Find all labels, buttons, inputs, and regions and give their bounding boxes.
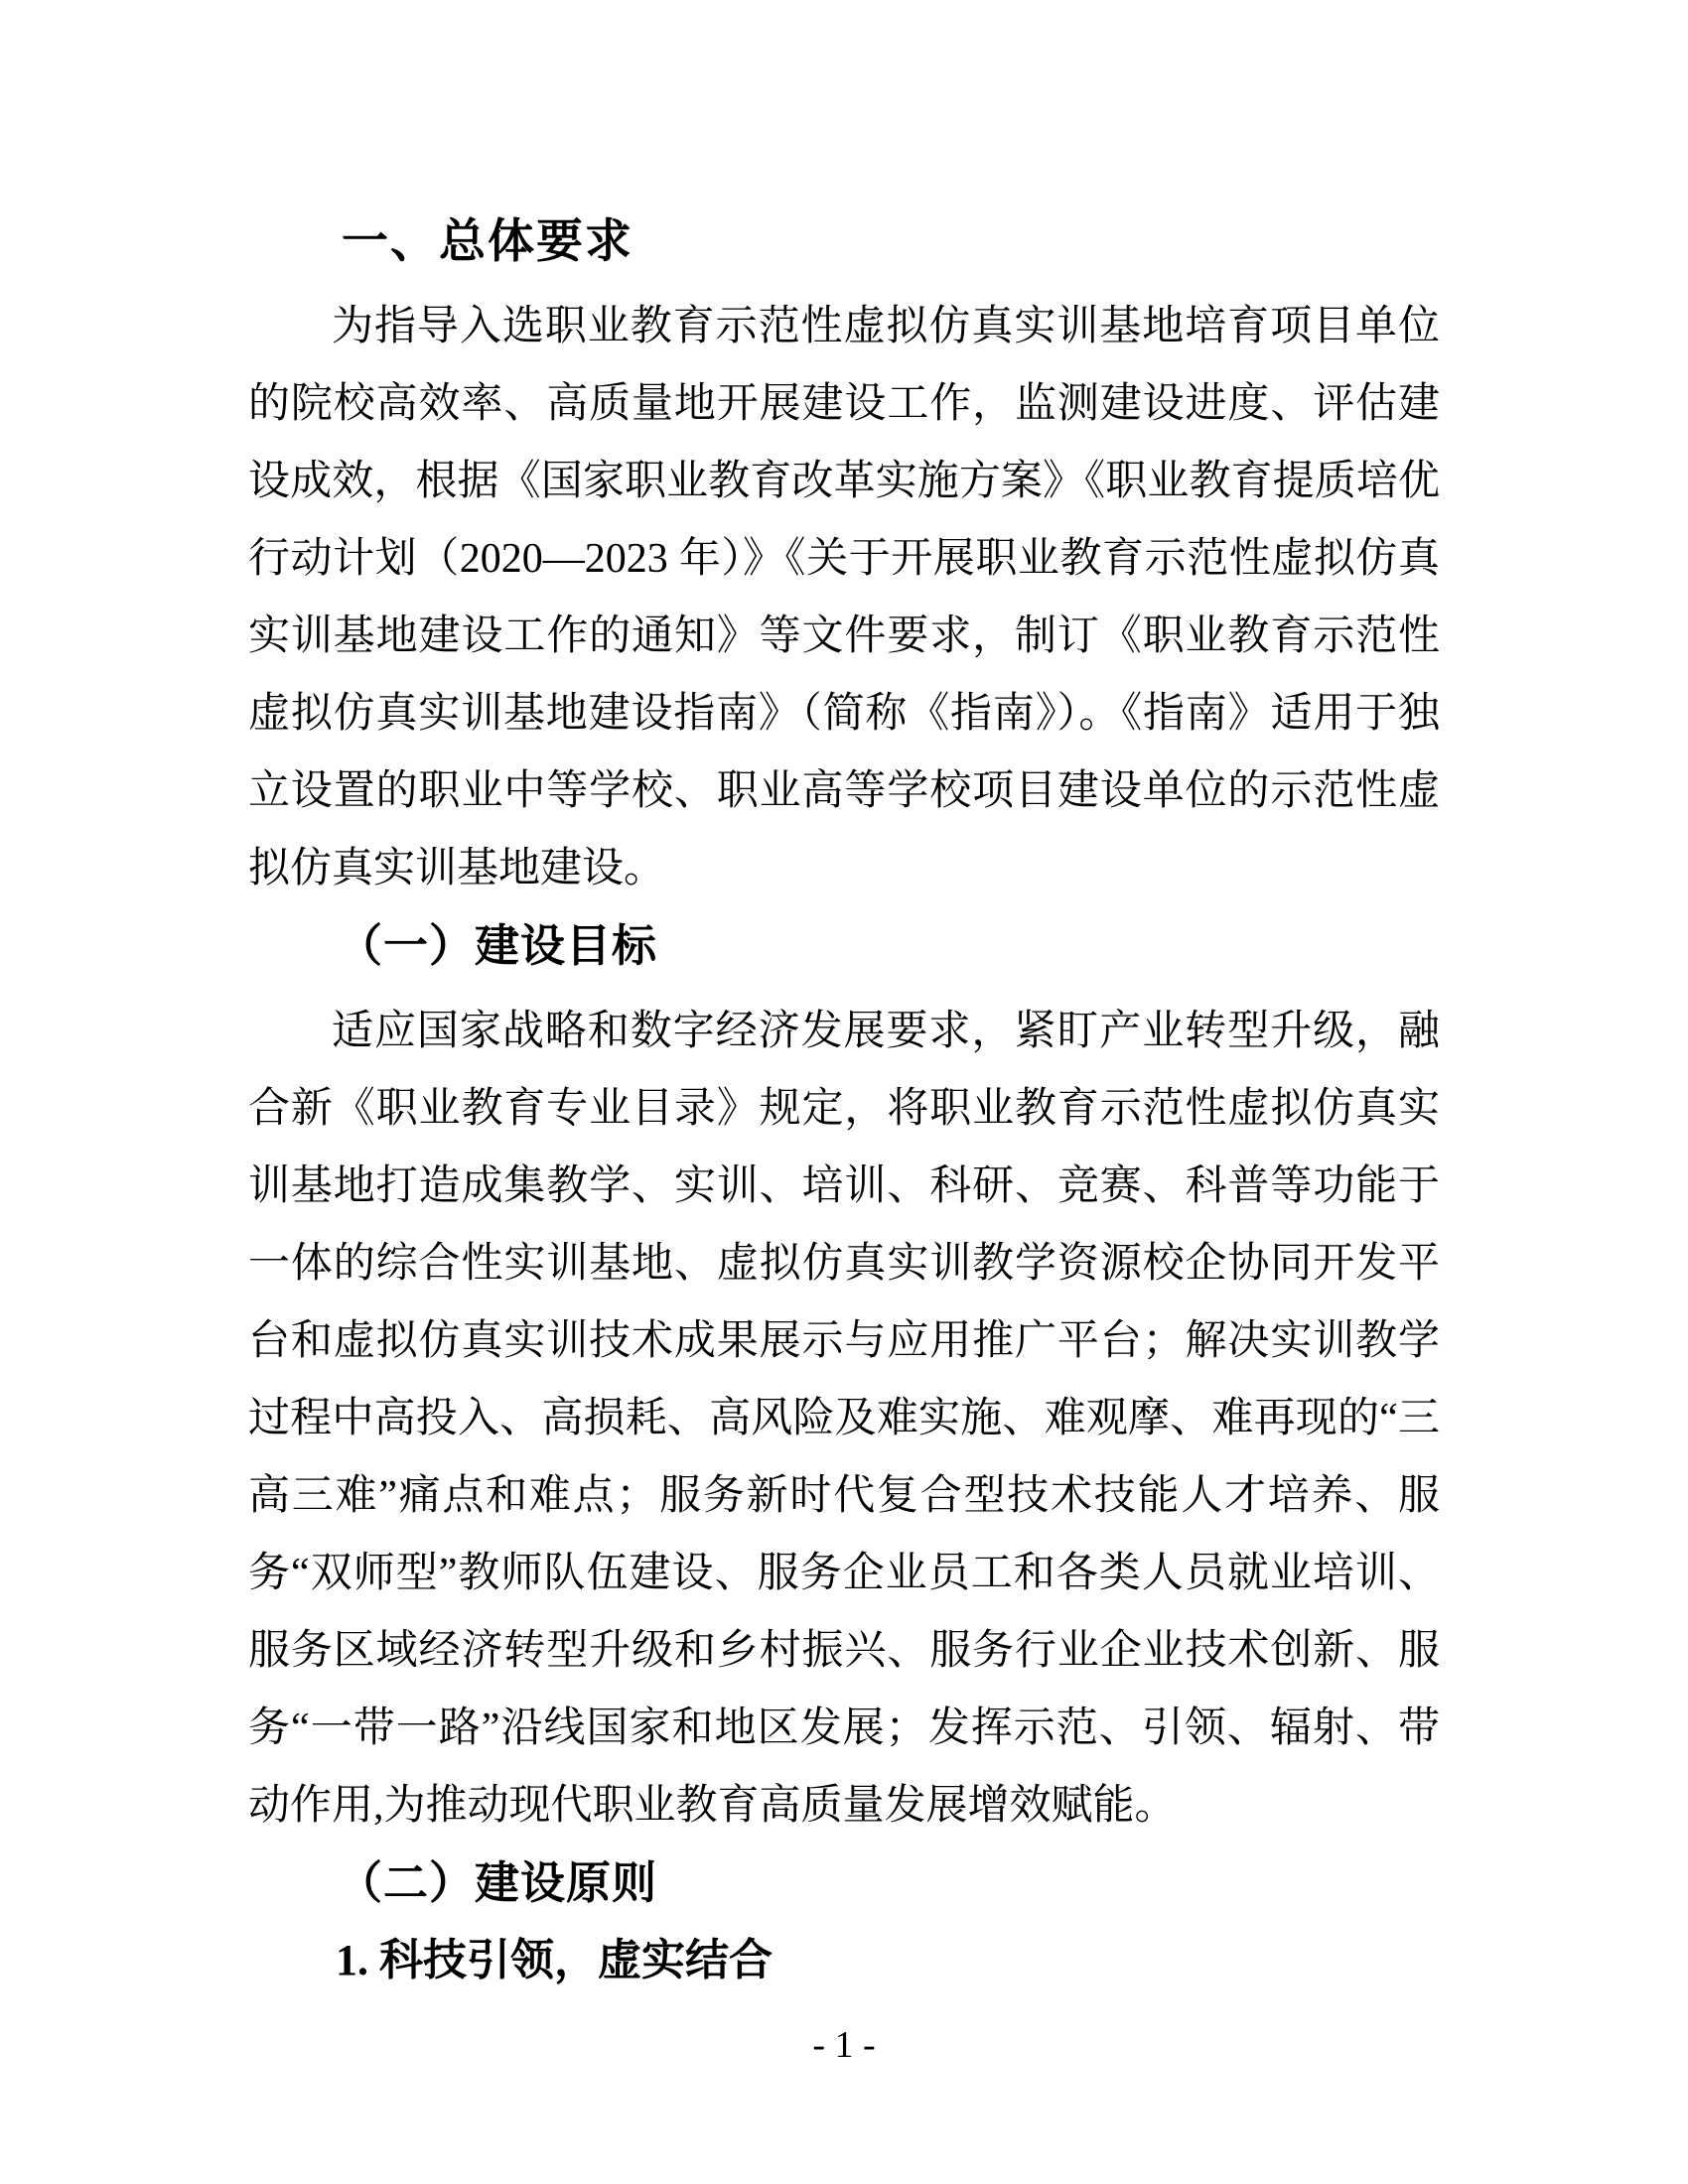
paragraph-overall-requirements: 为指导入选职业教育示范性虚拟仿真实训基地培育项目单位的院校高效率、高质量地开展建…	[248, 288, 1440, 907]
section-heading-overall-requirements: 一、总体要求	[248, 203, 1440, 280]
subsection-heading-construction-goals: （一）建设目标	[248, 907, 1440, 985]
subsection-heading-construction-principles: （二）建设原则	[248, 1844, 1440, 1922]
document-body: 一、总体要求 为指导入选职业教育示范性虚拟仿真实训基地培育项目单位的院校高效率、…	[248, 203, 1440, 1999]
page-number: - 1 -	[0, 2021, 1688, 2069]
subsubsection-heading-principle-1: 1. 科技引领，虚实结合	[248, 1922, 1440, 1999]
document-page: 一、总体要求 为指导入选职业教育示范性虚拟仿真实训基地培育项目单位的院校高效率、…	[0, 0, 1688, 2184]
paragraph-construction-goals: 适应国家战略和数字经济发展要求，紧盯产业转型升级，融合新《职业教育专业目录》规定…	[248, 993, 1440, 1844]
